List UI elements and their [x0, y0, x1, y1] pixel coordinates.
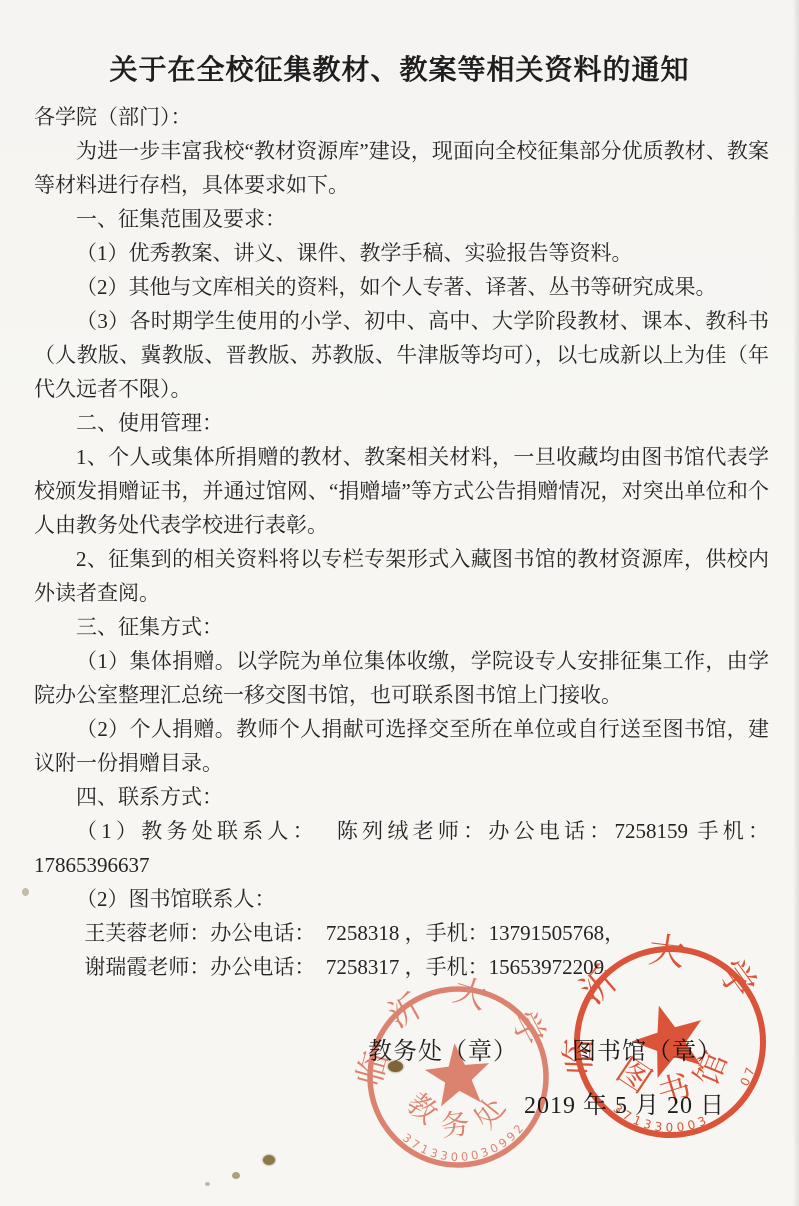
- section-3-heading: 三、征集方式：: [34, 610, 769, 644]
- section-1-heading: 一、征集范围及要求：: [34, 202, 769, 236]
- section-3-item-1: （1）集体捐赠。以学院为单位集体收缴，学院设专人安排征集工作，由学院办公室整理汇…: [34, 644, 769, 712]
- paper-stain: [232, 1172, 240, 1179]
- seal-ring: [361, 980, 554, 1173]
- contact-library-wang: 王芙蓉老师：办公电话： 7258318 ，手机：13791505768，: [34, 916, 769, 950]
- contact-library-xie: 谢瑞霞老师：办公电话： 7258317 ，手机：15653972209: [34, 950, 769, 984]
- section-1-item-3: （3）各时期学生使用的小学、初中、高中、大学阶段教材、课本、教科书（人教版、冀教…: [34, 304, 769, 406]
- seal-serial-right-segment: 07: [732, 1059, 764, 1092]
- scanned-notice-page: 关于在全校征集教材、教案等相关资料的通知 各学院（部门）： 为进一步丰富我校“教…: [0, 0, 799, 1206]
- academic-office-seal: 临沂大学 教务处 3713300030992: [340, 959, 575, 1194]
- notice-date: 2019 年 5 月 20 日: [524, 1091, 725, 1121]
- notice-title: 关于在全校征集教材、教案等相关资料的通知: [0, 0, 799, 90]
- section-1-item-1: （1）优秀教案、讲义、课件、教学手稿、实验报告等资料。: [34, 236, 769, 270]
- paper-stain: [263, 1155, 275, 1165]
- section-2-heading: 二、使用管理：: [34, 406, 769, 440]
- paper-stain: [22, 888, 29, 896]
- svg-text:3713300030992: 3713300030992: [399, 1118, 531, 1170]
- section-2-item-2: 2、征集到的相关资料将以专栏专架形式入藏图书馆的教材资源库，供校内外读者查阅。: [34, 542, 769, 610]
- notice-body: 各学院（部门）： 为进一步丰富我校“教材资源库”建设，现面向全校征集部分优质教材…: [34, 100, 769, 984]
- seal-serial-number: 3713300030992: [399, 1118, 531, 1170]
- seal-department-name: 教务处: [398, 1076, 525, 1147]
- intro-paragraph: 为进一步丰富我校“教材资源库”建设，现面向全校征集部分优质教材、教案等材料进行存…: [34, 134, 769, 202]
- contact-library-heading: （2）图书馆联系人：: [34, 882, 769, 916]
- section-4-heading: 四、联系方式：: [34, 780, 769, 814]
- contact-academic-office: （1）教务处联系人： 陈列绒老师：办公电话：7258159 手机：1786539…: [34, 814, 769, 882]
- svg-text:07: 07: [732, 1059, 764, 1092]
- section-3-item-2: （2）个人捐赠。教师个人捐献可选择交至所在单位或自行送至图书馆，建议附一份捐赠目…: [34, 712, 769, 780]
- issuer-library-label: 图书馆（章）: [572, 1037, 722, 1067]
- svg-text:教务处: 教务处: [398, 1076, 525, 1147]
- paper-stain: [388, 1061, 403, 1072]
- paper-stain: [205, 1182, 210, 1186]
- section-2-item-1: 1、个人或集体所捐赠的教材、教案相关材料，一旦收藏均由图书馆代表学校颁发捐赠证书…: [34, 440, 769, 542]
- section-1-item-2: （2）其他与文库相关的资料，如个人专著、译著、丛书等研究成果。: [34, 270, 769, 304]
- salutation: 各学院（部门）：: [34, 100, 769, 134]
